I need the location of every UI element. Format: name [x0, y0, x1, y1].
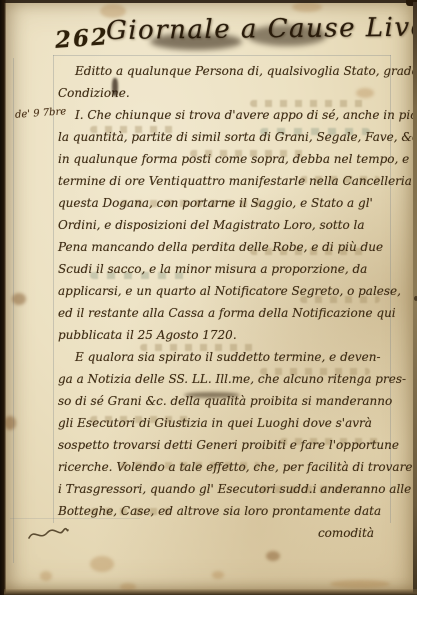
ink-blot	[150, 33, 242, 50]
ink-strike-mark	[184, 392, 240, 398]
scanned-manuscript: 262 Giornale a Cause Livorno de' 9 7bre …	[0, 0, 438, 620]
ink-blot	[247, 25, 327, 46]
manuscript-line: Botteghe, Case, ed altrove sia loro pron…	[58, 500, 390, 522]
page-top-edge	[4, 0, 417, 3]
manuscript-line: pubblicata il 25 Agosto 1720.	[58, 324, 390, 346]
manuscript-page: 262 Giornale a Cause Livorno de' 9 7bre …	[0, 0, 417, 595]
manuscript-line: Scudi il sacco, e la minor misura a prop…	[58, 258, 390, 280]
manuscript-line: Editto a qualunque Persona di, qualsivog…	[58, 60, 390, 82]
manuscript-line: la quantità, partite di simil sorta di G…	[58, 126, 390, 148]
page-number: 262	[54, 23, 110, 54]
manuscript-line: i Trasgressori, quando gl' Esecutori sud…	[58, 478, 390, 500]
manuscript-line: ricerche. Volendo a tale effetto, che, p…	[58, 456, 390, 478]
stain	[40, 571, 52, 581]
manuscript-line: sospetto trovarsi detti Generi proibiti …	[58, 434, 390, 456]
manuscript-line: in qualunque forma posti come sopra, deb…	[58, 148, 390, 170]
manuscript-line: Condizione.	[58, 82, 390, 104]
manuscript-line: ga a Notizia delle SS. LL. Ill.me, che a…	[58, 368, 390, 390]
frame-line-outer-left	[13, 58, 14, 563]
manuscript-line: questa Dogana, con portarne il Saggio, e…	[58, 192, 390, 214]
stain	[212, 571, 224, 579]
manuscript-line: E qualora sia spirato il suddetto termin…	[58, 346, 390, 368]
binding-gutter-shadow	[0, 0, 6, 595]
manuscript-line: applicarsi, e un quarto al Notificatore …	[58, 280, 390, 302]
scanner-background-right	[417, 0, 438, 620]
manuscript-line: Ordini, e disposizioni del Magistrato Lo…	[58, 214, 390, 236]
ink-blot	[112, 78, 118, 96]
stain	[266, 551, 280, 561]
manuscript-line: gli Esecutori di Giustizia in quei Luogh…	[58, 412, 390, 434]
manuscript-text-block: Editto a qualunque Persona di, qualsivog…	[58, 60, 390, 544]
manuscript-catchword: comodità	[58, 522, 390, 544]
stain	[330, 580, 390, 588]
stain	[12, 293, 26, 305]
manuscript-line: ed il restante alla Cassa a forma della …	[58, 302, 390, 324]
stain	[90, 556, 114, 572]
scanner-background-bottom	[0, 595, 438, 620]
ink-flourish	[27, 525, 69, 543]
manuscript-line: I. Che chiunque si trova d'avere appo di…	[58, 104, 390, 126]
stain	[292, 2, 322, 12]
manuscript-line: termine di ore Ventiquattro manifestarle…	[58, 170, 390, 192]
frame-line-top	[53, 55, 391, 56]
frame-line-left	[53, 55, 54, 523]
manuscript-line: Pena mancando della perdita delle Robe, …	[58, 236, 390, 258]
